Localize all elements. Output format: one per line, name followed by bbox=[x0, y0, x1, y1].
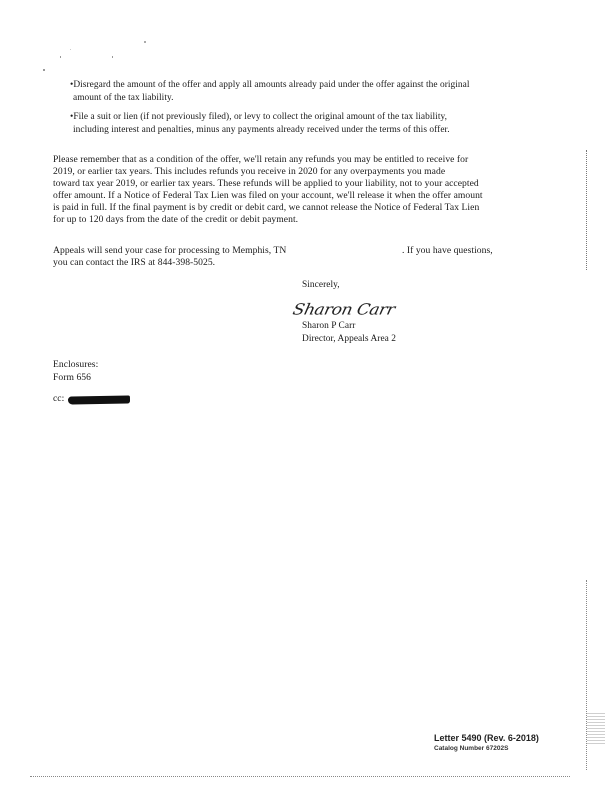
appeals-line-left: Appeals will send your case for processi… bbox=[53, 245, 286, 257]
scan-speck bbox=[60, 56, 61, 58]
scan-speck bbox=[144, 41, 146, 43]
paragraph-line: toward tax year 2019, or earlier tax yea… bbox=[53, 178, 479, 190]
paragraph-line: 2019, or earlier tax years. This include… bbox=[53, 166, 445, 178]
scan-speck bbox=[112, 56, 113, 58]
appeals-line-phone: you can contact the IRS at 844-398-5025. bbox=[53, 257, 215, 269]
redacted-cc-recipient bbox=[68, 395, 130, 404]
scan-edge-mark bbox=[586, 150, 588, 270]
enclosure-item: Form 656 bbox=[53, 372, 91, 384]
scan-speck bbox=[43, 69, 45, 71]
scan-speck bbox=[70, 49, 71, 50]
appeals-line-right: . If you have questions, bbox=[402, 245, 493, 257]
signer-name: Sharon P Carr bbox=[302, 320, 355, 332]
scan-noise-patch bbox=[587, 712, 605, 744]
paragraph-line: offer amount. If a Notice of Federal Tax… bbox=[53, 190, 483, 202]
bullet-line: •File a suit or lien (if not previously … bbox=[70, 111, 447, 123]
bullet-line: amount of the tax liability. bbox=[73, 92, 174, 104]
bullet-line: including interest and penalties, minus … bbox=[73, 124, 450, 136]
page-bottom-edge bbox=[30, 776, 570, 777]
signer-title: Director, Appeals Area 2 bbox=[302, 333, 396, 345]
paragraph-line: is paid in full. If the final payment is… bbox=[53, 202, 479, 214]
enclosures-label: Enclosures: bbox=[53, 359, 98, 371]
paragraph-line: Please remember that as a condition of t… bbox=[53, 154, 468, 166]
paragraph-line: for up to 120 days from the date of the … bbox=[53, 214, 298, 226]
letter-number: Letter 5490 (Rev. 6-2018) bbox=[434, 733, 539, 743]
salutation: Sincerely, bbox=[302, 279, 340, 291]
cc-label: cc: bbox=[53, 393, 64, 405]
bullet-line: •Disregard the amount of the offer and a… bbox=[70, 79, 470, 91]
catalog-number: Catalog Number 67202S bbox=[434, 745, 508, 752]
handwritten-signature: Sharon Carr bbox=[291, 301, 396, 319]
